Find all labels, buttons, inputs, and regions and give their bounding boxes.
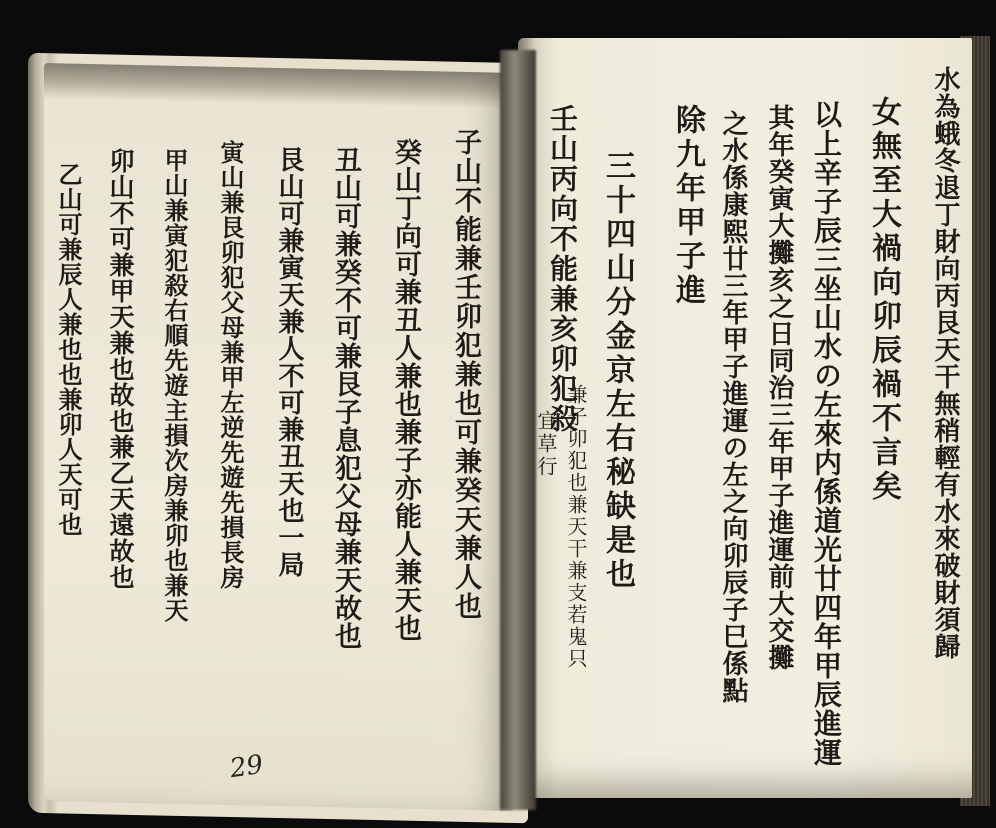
left-column-8: 乙山可兼辰人兼也也兼卯人天可也 (56, 162, 80, 537)
right-column-8-note: 宜草行 (536, 410, 556, 479)
book-spread: 水為蛾冬退丁財向丙艮天干無稍輕有水來破財須歸 女無至大禍向卯辰禍不言矣 以上辛子… (0, 0, 996, 828)
right-column-6: 除九年甲子進 (672, 104, 702, 308)
page-number: 29 (228, 750, 265, 784)
left-column-5: 寅山兼艮卯犯父母兼甲左逆先遊先損長房 (218, 140, 242, 590)
right-column-2: 女無至大禍向卯辰禍不言矣 (868, 96, 898, 504)
left-column-6: 甲山兼寅犯殺右順先遊主損次房兼卯也兼天 (162, 148, 186, 623)
right-column-4: 其年癸寅大攤亥之日同治三年甲子進運前大交攤 (766, 104, 792, 671)
left-column-4: 艮山可兼寅天兼人不可兼丑天也一局 (276, 146, 302, 578)
right-column-7: 三十四山分金京左右秘缺是也 (602, 150, 632, 592)
book-gutter (500, 50, 536, 810)
right-column-3: 以上辛子辰三坐山水の左來内係道光廿四年甲辰進運 (812, 100, 840, 767)
left-column-3: 丑山可兼癸不可兼艮子息犯父母兼天故也 (332, 146, 359, 650)
left-column-7: 卯山不可兼甲天兼也故也兼乙天遠故也 (108, 148, 133, 590)
right-column-9: 兼子卯犯也兼天干兼支若鬼只 (566, 384, 586, 670)
right-column-1: 水為蛾冬退丁財向丙艮天干無稍輕有水來破財須歸 (932, 66, 958, 660)
left-column-2: 癸山丁向可兼丑人兼也兼子亦能人兼天也 (392, 138, 419, 642)
left-column-1: 子山不能兼壬卯犯兼也可兼癸天兼人也 (452, 128, 479, 621)
right-column-5: 之水係康熙廿三年甲子進運の左之向卯辰子巳係點 (720, 110, 746, 704)
